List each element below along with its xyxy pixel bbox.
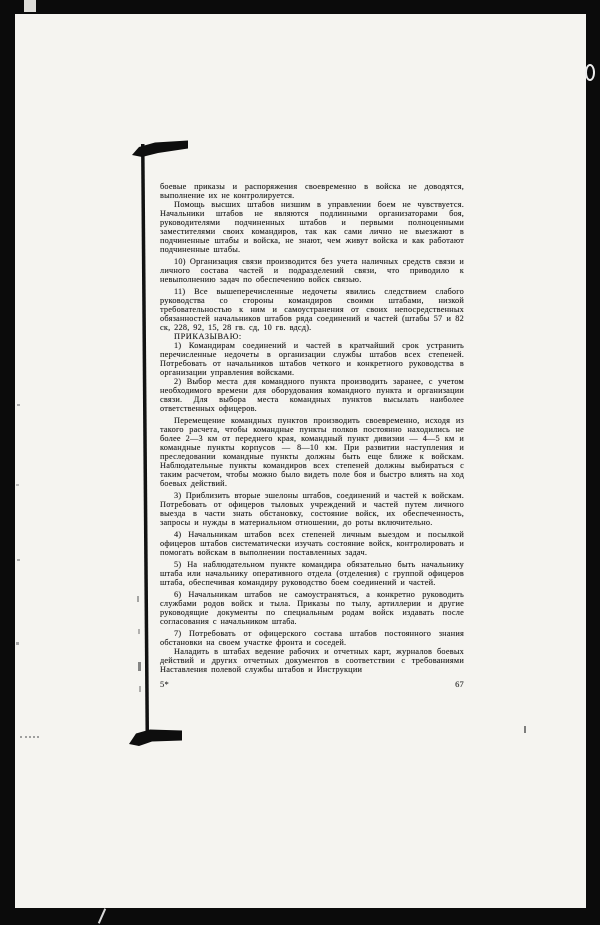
ink-bleed-speck: [138, 662, 141, 671]
paragraph: 4) Начальникам штабов всех степеней личн…: [160, 530, 464, 557]
border-ring-artifact: [585, 64, 595, 81]
paragraph: 2) Выбор места для командного пункта про…: [160, 377, 464, 413]
signature-mark: 5*: [160, 680, 169, 689]
ink-bleed-speck: [137, 596, 139, 602]
scan-dash-artifact: [20, 736, 39, 738]
paragraph: 3) Приблизить вторые эшелоны штабов, сое…: [160, 491, 464, 527]
paragraphs-container: боевые приказы и распоряжения своевремен…: [160, 182, 464, 674]
paragraph: 10) Организация связи производится без у…: [160, 257, 464, 284]
paragraph: 6) Начальникам штабов не самоустраняться…: [160, 590, 464, 626]
border-scratch-artifact: [98, 908, 106, 923]
paragraph: 1) Командирам соединений и частей в крат…: [160, 341, 464, 377]
paragraph: 5) На наблюдательном пункте командира об…: [160, 560, 464, 587]
ink-bleed-speck: [139, 686, 141, 692]
paragraph: Помощь высших штабов низшим в управлении…: [160, 200, 464, 254]
document-page: боевые приказы и распоряжения своевремен…: [15, 14, 586, 908]
border-notch-artifact: [24, 0, 36, 12]
margin-speck: [16, 642, 19, 645]
paragraph: боевые приказы и распоряжения своевремен…: [160, 182, 464, 200]
paragraph: 7) Потребовать от офицерского состава шт…: [160, 629, 464, 647]
margin-speck: [17, 559, 20, 561]
page-footer: 5* 67: [160, 680, 464, 689]
scan-background: { "colors": { "border_black": "#0b0b0b",…: [0, 0, 600, 925]
paragraph: 11) Все вышеперечисленные недочеты явили…: [160, 287, 464, 332]
scan-tick-artifact: [524, 726, 526, 733]
order-heading: ПРИКАЗЫВАЮ:: [160, 332, 464, 341]
paragraph: Наладить в штабах ведение рабочих и отче…: [160, 647, 464, 674]
page-number: 67: [455, 680, 464, 689]
paragraph: Перемещение командных пунктов производит…: [160, 416, 464, 488]
text-column: боевые приказы и распоряжения своевремен…: [160, 182, 464, 689]
margin-speck: [17, 404, 20, 406]
ink-bleed-speck: [138, 629, 140, 634]
margin-speck: [16, 484, 19, 486]
